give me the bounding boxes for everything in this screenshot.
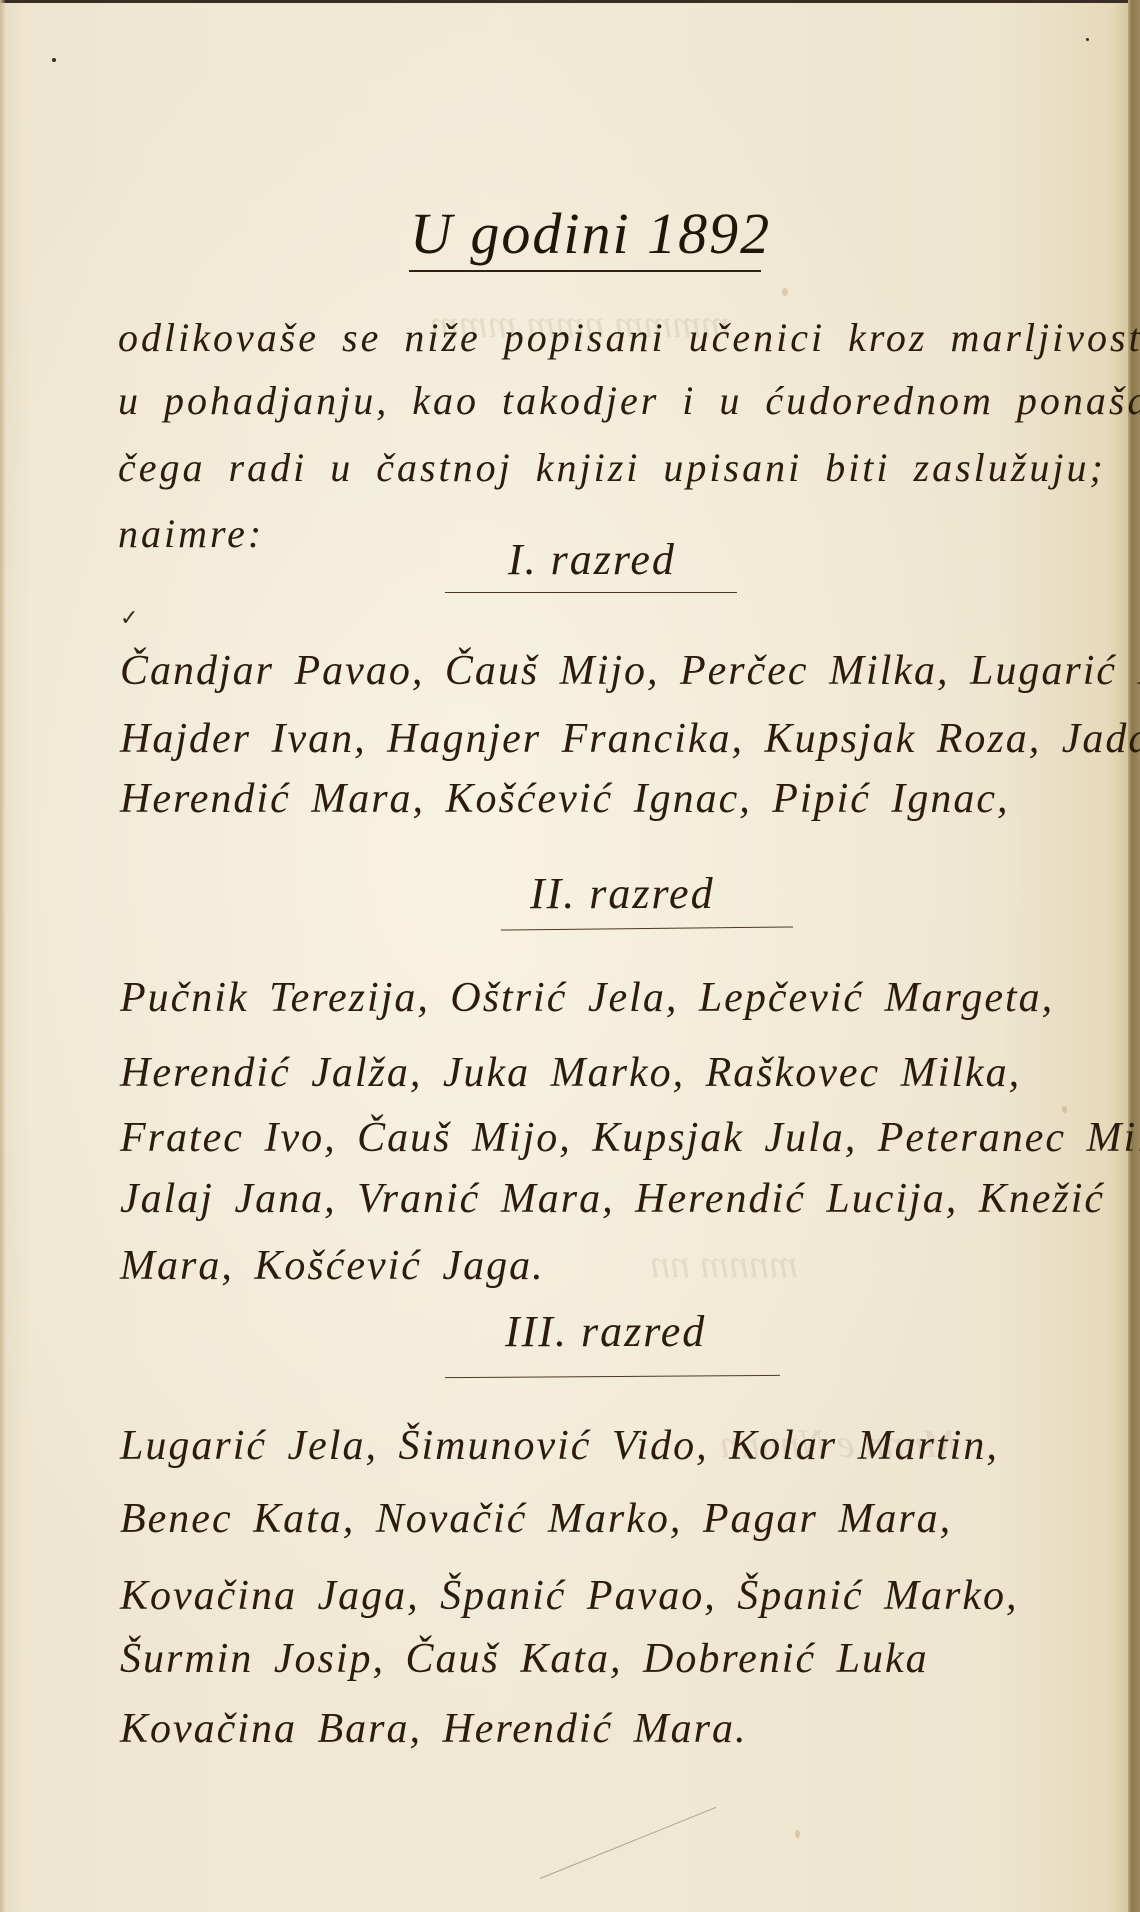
- section-ii-underline: [501, 926, 793, 930]
- intro-line-1: odlikovaše se niže popisani učenici kroz…: [118, 318, 1140, 358]
- section-iii-names-line-1: Lugarić Jela, Šimunović Vido, Kolar Mart…: [120, 1425, 999, 1467]
- pencil-stroke: [540, 1807, 717, 1879]
- intro-line-2: u pohadjanju, kao takodjer i u ćudoredno…: [118, 381, 1140, 421]
- section-iii-names-line-5: Kovačina Bara, Herendić Mara.: [120, 1708, 748, 1750]
- ink-speck: [1086, 38, 1089, 41]
- section-heading-iii: III. razred: [505, 1310, 706, 1354]
- intro-line-4: naimre:: [118, 514, 264, 554]
- page-title: U godini 1892: [410, 205, 771, 263]
- section-i-underline: [445, 592, 737, 593]
- section-i-names-line-2: Hajder Ivan, Hagnjer Francika, Kupsjak R…: [120, 718, 1140, 760]
- section-iii-underline: [445, 1375, 780, 1378]
- section-ii-names-line-1: Pučnik Terezija, Oštrić Jela, Lepčević M…: [120, 977, 1054, 1019]
- bleed-through-text: mnnm nn: [650, 1240, 798, 1287]
- section-ii-names-line-5: Mara, Košćević Jaga.: [120, 1245, 545, 1287]
- section-iii-names-line-3: Kovačina Jaga, Španić Pavao, Španić Mark…: [120, 1575, 1019, 1617]
- ink-speck: [52, 58, 56, 62]
- title-underline: [409, 270, 761, 272]
- section-iii-names-line-4: Šurmin Josip, Čauš Kata, Dobrenić Luka: [120, 1638, 929, 1680]
- section-heading-ii: II. razred: [530, 872, 715, 916]
- left-page-shadow: [0, 0, 6, 1912]
- book-binding-edge: [1128, 0, 1140, 1912]
- section-ii-names-line-4: Jalaj Jana, Vranić Mara, Herendić Lucija…: [120, 1178, 1105, 1220]
- section-i-names-line-1: Čandjar Pavao, Čauš Mijo, Perčec Milka, …: [120, 650, 1140, 692]
- top-page-edge: [0, 0, 1140, 3]
- section-i-names-line-3: Herendić Mara, Košćević Ignac, Pipić Ign…: [120, 778, 1010, 820]
- manuscript-page: mmmm nmm mmm mnnm nn Mnnn e Nnnnn U godi…: [0, 0, 1140, 1912]
- section-iii-names-line-2: Benec Kata, Novačić Marko, Pagar Mara,: [120, 1498, 952, 1540]
- intro-line-3: čega radi u častnoj knjizi upisani biti …: [118, 448, 1106, 488]
- section-heading-i: I. razred: [508, 538, 676, 582]
- paper-stain: [795, 1830, 800, 1838]
- section-ii-names-line-3: Fratec Ivo, Čauš Mijo, Kupsjak Jula, Pet…: [120, 1117, 1140, 1159]
- check-mark-icon: ✓: [120, 606, 138, 631]
- paper-stain: [1062, 1106, 1067, 1113]
- section-ii-names-line-2: Herendić Jalža, Juka Marko, Raškovec Mil…: [120, 1052, 1021, 1094]
- paper-stain: [782, 288, 788, 296]
